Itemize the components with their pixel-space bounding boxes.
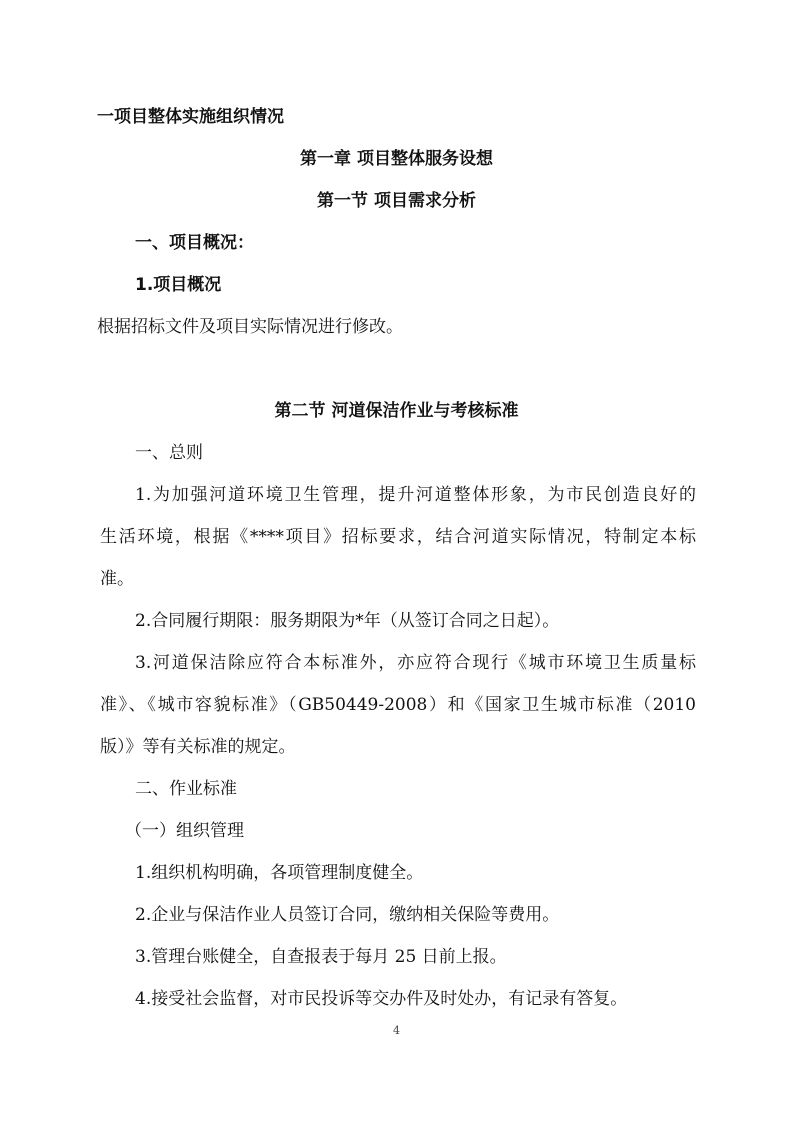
general-item-3-line-2: 准》、《城市容貌标准》（GB50449-2008）和《国家卫生城市标准（2010 bbox=[100, 694, 696, 716]
general-item-1-line-2: 生活环境，根据《****项目》招标要求，结合河道实际情况，特制定本标 bbox=[100, 526, 696, 548]
section-title-2: 第二节 河道保洁作业与考核标准 bbox=[0, 400, 793, 422]
main-heading: 一项目整体实施组织情况 bbox=[97, 106, 284, 128]
general-item-1-line-1: 1.为加强河道环境卫生管理，提升河道整体形象，为市民创造良好的 bbox=[135, 484, 696, 506]
org-item-2: 2.企业与保洁作业人员签订合同，缴纳相关保险等费用。 bbox=[135, 904, 559, 926]
general-item-3-line-3: 版）》等有关标准的规定。 bbox=[100, 736, 296, 758]
section-title-1: 第一节 项目需求分析 bbox=[0, 190, 793, 212]
chapter-title: 第一章 项目整体服务设想 bbox=[0, 148, 793, 170]
org-heading: （一）组织管理 bbox=[125, 820, 244, 842]
general-item-3-line-1: 3.河道保洁除应符合本标准外，亦应符合现行《城市环境卫生质量标 bbox=[135, 652, 696, 674]
paragraph-note: 根据招标文件及项目实际情况进行修改。 bbox=[97, 316, 403, 338]
org-item-3: 3.管理台账健全，自查报表于每月 25 日前上报。 bbox=[135, 946, 507, 968]
general-item-2: 2.合同履行期限：服务期限为*年（从签订合同之日起）。 bbox=[135, 610, 559, 632]
org-item-4: 4.接受社会监督，对市民投诉等交办件及时处办，有记录有答复。 bbox=[135, 988, 627, 1010]
page-number: 4 bbox=[0, 1024, 793, 1037]
org-item-1: 1.组织机构明确，各项管理制度健全。 bbox=[135, 862, 423, 884]
subheading-project-overview: 一、项目概况： bbox=[135, 232, 254, 254]
subheading-1-project-overview: 1.项目概况 bbox=[135, 274, 221, 296]
standards-heading: 二、作业标准 bbox=[135, 778, 237, 800]
general-item-1-line-3: 准。 bbox=[100, 568, 134, 590]
general-heading: 一、总则 bbox=[135, 442, 203, 464]
